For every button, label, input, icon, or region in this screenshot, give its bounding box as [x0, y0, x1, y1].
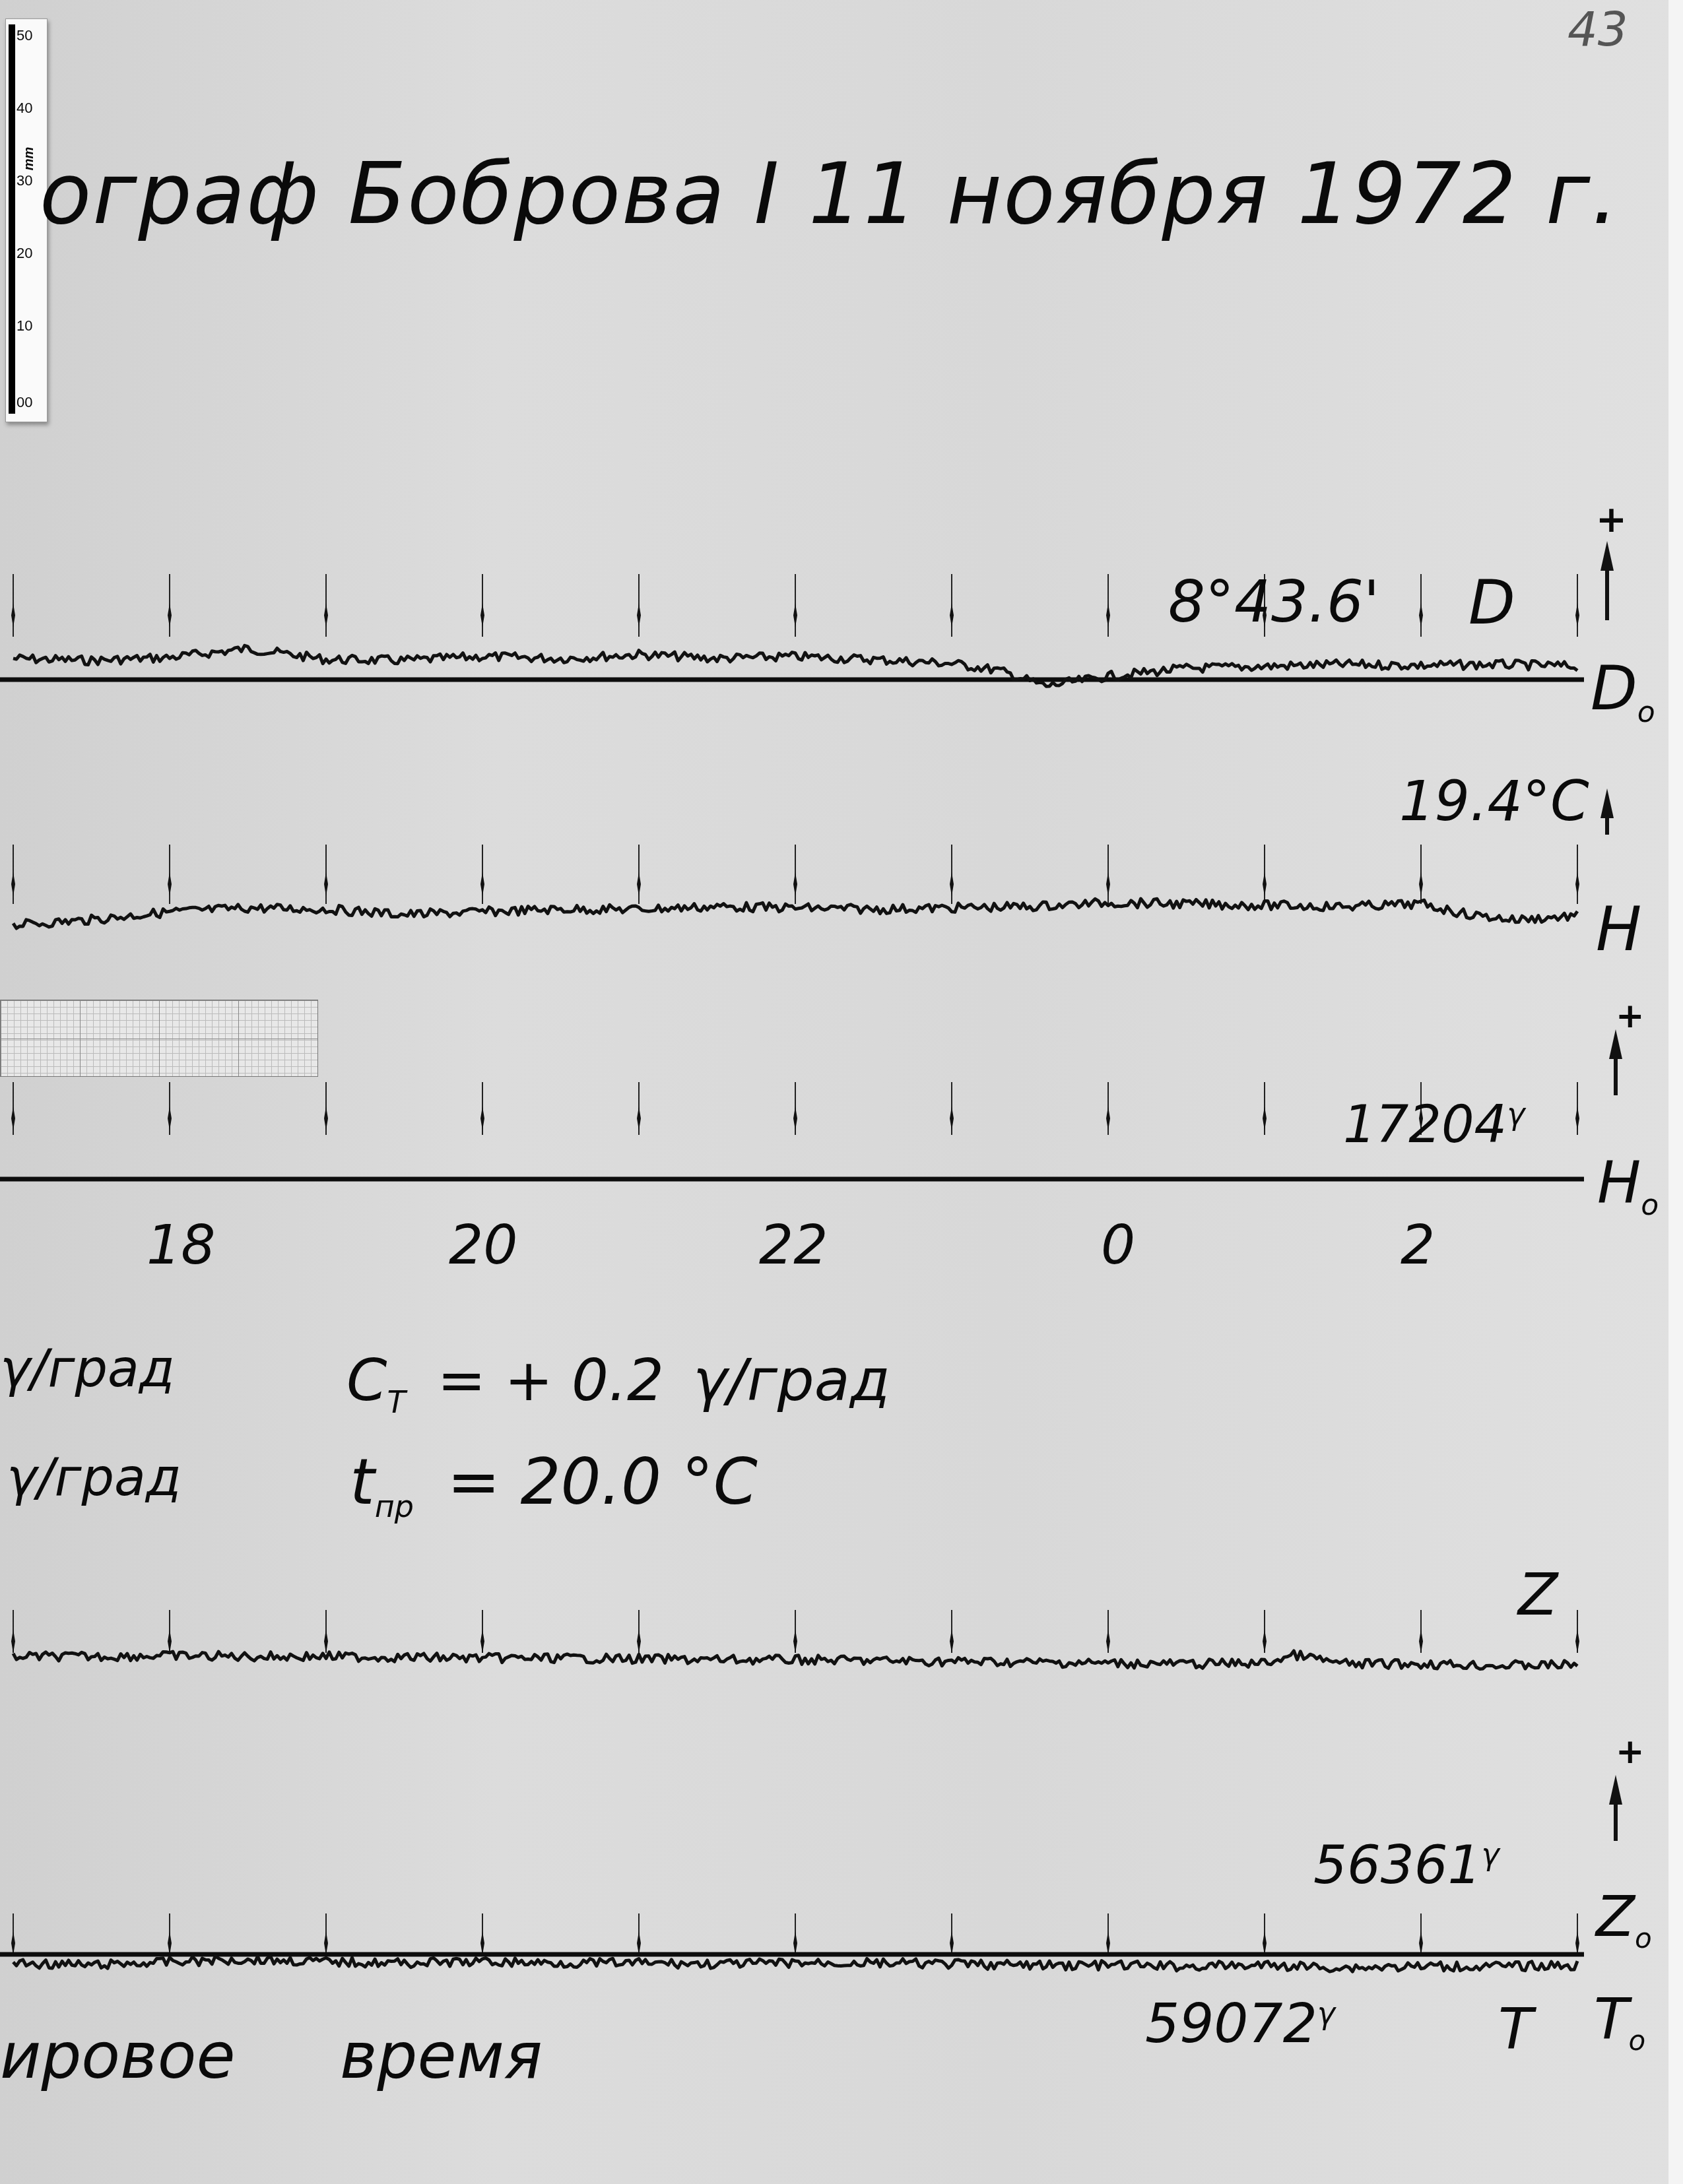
d0-subscript: o [1637, 695, 1655, 729]
hour-label-20: 20 [449, 1214, 517, 1277]
gamma-unit: γ [1317, 1995, 1335, 2031]
h0-subscript: o [1641, 1188, 1659, 1222]
hour-label-18: 18 [147, 1214, 215, 1277]
tpr-value: = 20.0 °C [447, 1445, 757, 1519]
t0-letter: T [1594, 1986, 1629, 2052]
t0-value: 59072 [1145, 1993, 1317, 2055]
h0-baseline-value: 17204γ [1343, 1095, 1525, 1155]
d0-letter: D [1591, 653, 1637, 724]
t-label: T [1498, 1996, 1533, 2062]
z0-baseline-value: 56361γ [1313, 1834, 1500, 1896]
z0-subscript: o [1635, 1922, 1652, 1954]
d-plus-sign: + [1596, 498, 1627, 541]
time-axis-label-2: время [340, 2019, 543, 2093]
d-baseline-value: 8°43.6' [1168, 567, 1379, 635]
d-label: D [1468, 567, 1515, 638]
h-temperature: 19.4°C [1399, 769, 1589, 833]
tpr-letter: t [350, 1445, 375, 1519]
h0-plus-sign: + [1616, 996, 1645, 1036]
h0-value: 17204 [1343, 1095, 1507, 1155]
t0-label: To [1594, 1986, 1645, 2057]
ct-letter: C [346, 1346, 387, 1414]
z0-label: Zo [1596, 1884, 1652, 1954]
t0-baseline-value: 59072γ [1145, 1993, 1335, 2055]
z0-letter: Z [1596, 1884, 1635, 1950]
gamma-unit: γ [1482, 1836, 1500, 1872]
hour-label-0: 0 [1101, 1214, 1135, 1277]
time-axis-label-1: ировое [0, 2019, 235, 2093]
left-coefficient-unit-2: γ/град [7, 1448, 181, 1508]
z0-value: 56361 [1313, 1834, 1482, 1896]
tpr-temperature: tпр = 20.0 °C [350, 1445, 758, 1524]
h-label: H [1596, 894, 1641, 965]
hour-label-22: 22 [759, 1214, 828, 1277]
h0-letter: H [1597, 1148, 1641, 1216]
ct-coefficient: CT = + 0.2 γ/град [346, 1346, 890, 1420]
z-label: Z [1518, 1560, 1558, 1628]
left-coefficient-unit-1: γ/град [0, 1339, 175, 1399]
hour-label-2: 2 [1401, 1214, 1435, 1277]
tpr-subscript: пр [375, 1489, 414, 1524]
t0-subscript: o [1629, 2024, 1646, 2057]
gamma-unit: γ [1507, 1096, 1525, 1132]
ct-value: = + 0.2 [438, 1346, 664, 1414]
z0-plus-sign: + [1616, 1732, 1645, 1772]
ct-subscript: T [387, 1384, 405, 1420]
ct-unit: γ/град [693, 1346, 890, 1414]
h0-label: Ho [1597, 1148, 1659, 1222]
d0-label: Do [1591, 653, 1655, 729]
